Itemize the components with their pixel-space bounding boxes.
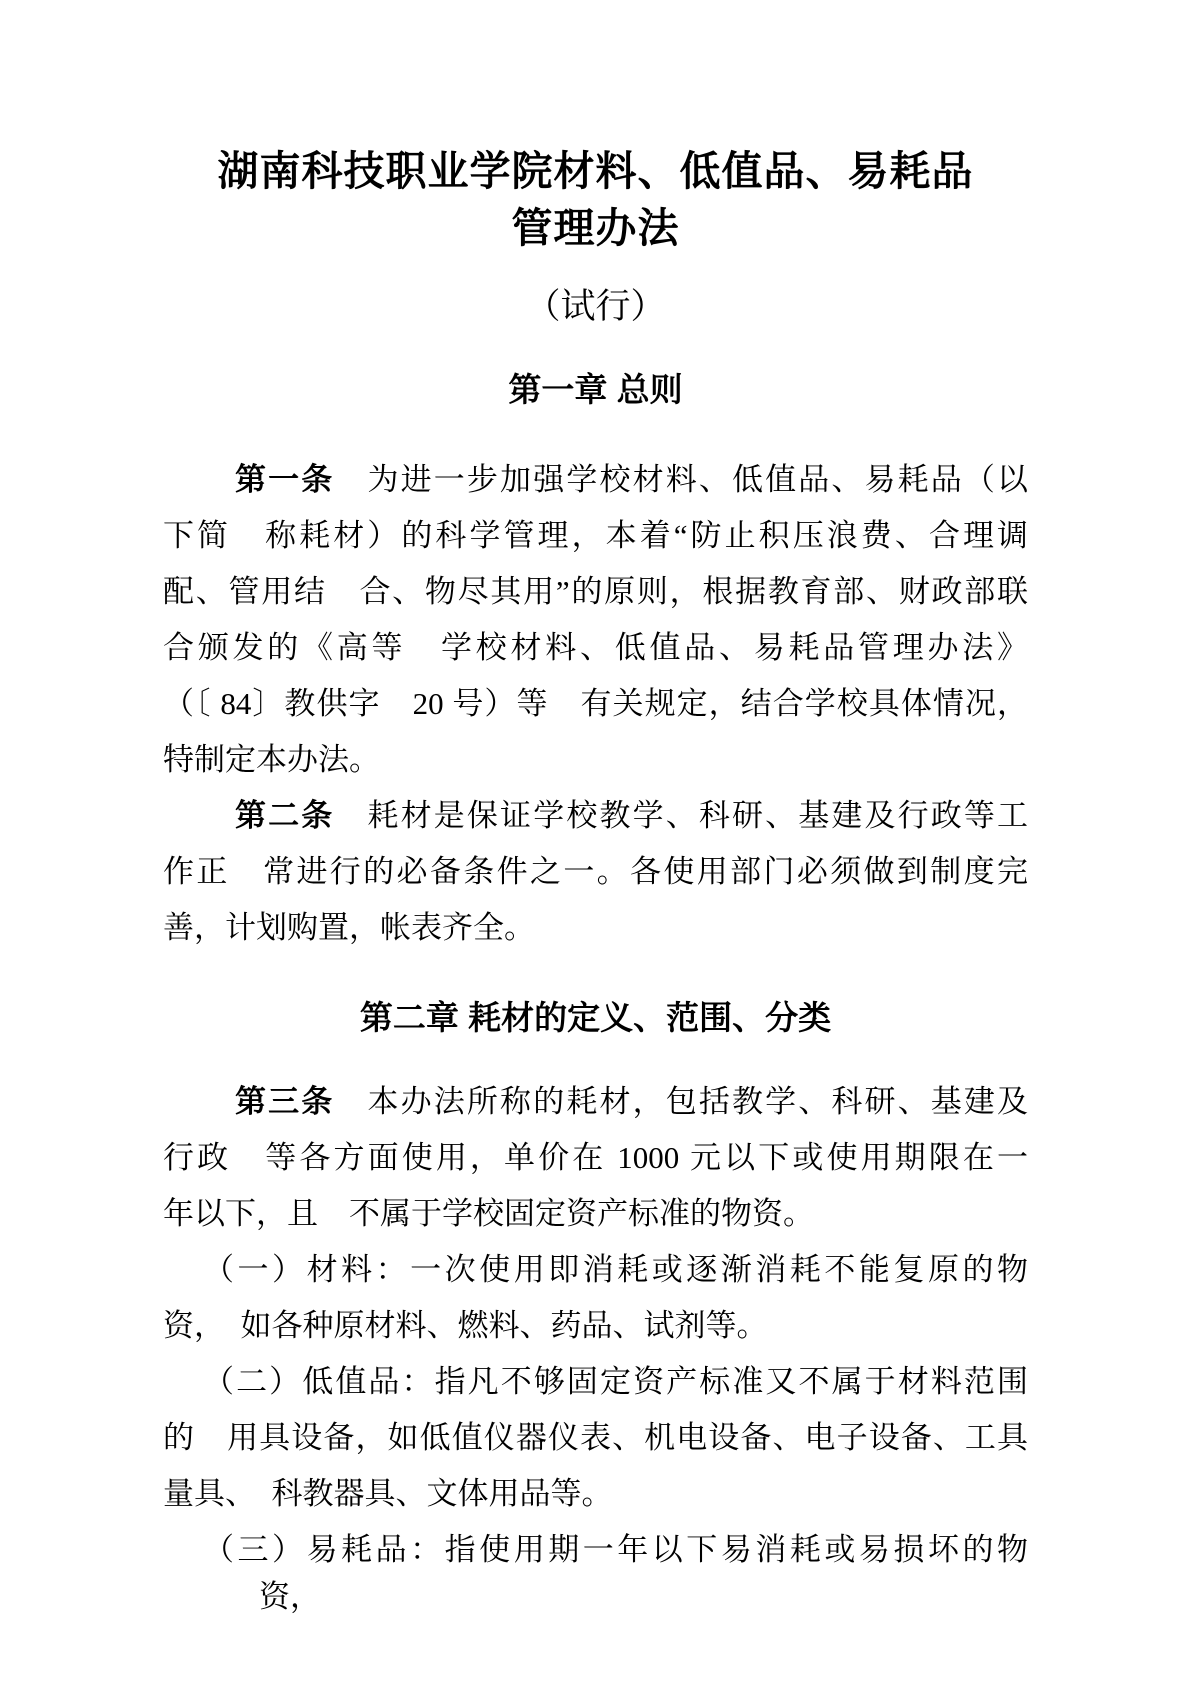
item-3-line-1: （三）易耗品：指使用期一年以下易消耗或易损坏的物: [163, 1522, 1028, 1578]
document-title-line-2: 管理办法: [163, 200, 1028, 257]
article-2-line-3: 善，计划购置，帐表齐全。: [163, 900, 1028, 956]
item-1-paragraph: （一）材料：一次使用即消耗或逐渐消耗不能复原的物 资， 如各种原材料、燃料、药品…: [163, 1242, 1028, 1354]
document-page: 湖南科技职业学院材料、低值品、易耗品 管理办法 （试行） 第一章 总则 第一条 …: [0, 0, 1191, 1684]
item-1-line-1: （一）材料：一次使用即消耗或逐渐消耗不能复原的物: [163, 1242, 1028, 1298]
item-2-line-2: 的 用具设备，如低值仪器仪表、机电设备、电子设备、工具: [163, 1410, 1028, 1466]
article-1-line-2: 下简 称耗材）的科学管理，本着“防止积压浪费、合理调: [163, 508, 1028, 564]
document-content: 湖南科技职业学院材料、低值品、易耗品 管理办法 （试行） 第一章 总则 第一条 …: [0, 0, 1191, 1616]
document-title-line-1: 湖南科技职业学院材料、低值品、易耗品: [163, 143, 1028, 200]
item-1-line-2: 资， 如各种原材料、燃料、药品、试剂等。: [163, 1298, 1028, 1354]
item-3-paragraph: （三）易耗品：指使用期一年以下易消耗或易损坏的物 资，: [163, 1522, 1028, 1616]
article-1-line-5: （〔 84〕教供字 20 号）等 有关规定，结合学校具体情况，: [163, 676, 1028, 732]
article-3-line-1-text: 本办法所称的耗材，包括教学、科研、基建及: [334, 1084, 1028, 1119]
document-subtitle: （试行）: [163, 285, 1028, 329]
article-2-paragraph: 第二条 耗材是保证学校教学、科研、基建及行政等工 作正 常进行的必备条件之一。各…: [163, 788, 1028, 956]
article-1-label: 第一条: [235, 462, 334, 497]
item-2-line-1: （二）低值品：指凡不够固定资产标准又不属于材料范围: [163, 1354, 1028, 1410]
article-1-line-6: 特制定本办法。: [163, 732, 1028, 788]
article-2-label: 第二条: [235, 798, 334, 833]
article-1-paragraph: 第一条 为进一步加强学校材料、低值品、易耗品（以 下简 称耗材）的科学管理，本着…: [163, 452, 1028, 788]
item-2-paragraph: （二）低值品：指凡不够固定资产标准又不属于材料范围 的 用具设备，如低值仪器仪表…: [163, 1354, 1028, 1522]
article-3-line-1: 第三条 本办法所称的耗材，包括教学、科研、基建及: [163, 1074, 1028, 1130]
chapter-2-heading: 第二章 耗材的定义、范围、分类: [163, 996, 1028, 1040]
article-3-line-2: 行政 等各方面使用，单价在 1000 元以下或使用期限在一: [163, 1130, 1028, 1186]
article-3-label: 第三条: [235, 1084, 334, 1119]
article-1-line-1: 第一条 为进一步加强学校材料、低值品、易耗品（以: [163, 452, 1028, 508]
article-3-paragraph: 第三条 本办法所称的耗材，包括教学、科研、基建及 行政 等各方面使用，单价在 1…: [163, 1074, 1028, 1242]
item-2-line-3: 量具、 科教器具、文体用品等。: [163, 1466, 1028, 1522]
article-1-line-4: 合颁发的《高等 学校材料、低值品、易耗品管理办法》: [163, 620, 1028, 676]
article-3-line-3: 年以下，且 不属于学校固定资产标准的物资。: [163, 1186, 1028, 1242]
item-3-line-2: 资，: [163, 1578, 1028, 1616]
article-2-line-1-text: 耗材是保证学校教学、科研、基建及行政等工: [334, 798, 1028, 833]
article-2-line-2: 作正 常进行的必备条件之一。各使用部门必须做到制度完: [163, 844, 1028, 900]
chapter-1-heading: 第一章 总则: [163, 368, 1028, 412]
article-1-line-1-text: 为进一步加强学校材料、低值品、易耗品（以: [334, 462, 1028, 497]
article-2-line-1: 第二条 耗材是保证学校教学、科研、基建及行政等工: [163, 788, 1028, 844]
document-title: 湖南科技职业学院材料、低值品、易耗品 管理办法: [163, 0, 1028, 257]
article-1-line-3: 配、管用结 合、物尽其用”的原则，根据教育部、财政部联: [163, 564, 1028, 620]
